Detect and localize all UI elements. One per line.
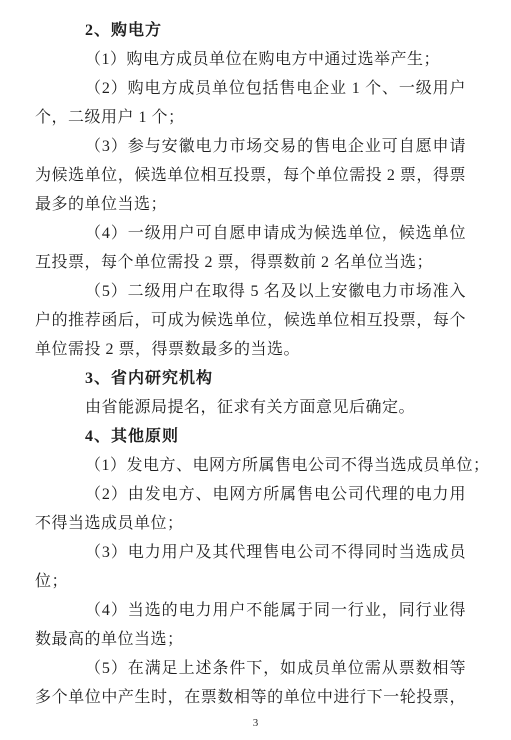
heading-power-buyer: 2、购电方 xyxy=(35,16,466,45)
document-page: 2、购电方 （1）购电方成员单位在购电方中通过选举产生； （2）购电方成员单位包… xyxy=(0,0,511,740)
paragraph-line: 数最高的单位当选； xyxy=(35,625,466,654)
paragraph-line: 最多的单位当选； xyxy=(35,190,466,219)
paragraph-line: （1）购电方成员单位在购电方中通过选举产生； xyxy=(35,45,466,74)
paragraph-line: （1）发电方、电网方所属售电公司不得当选成员单位； xyxy=(35,451,466,480)
heading-provincial-research: 3、省内研究机构 xyxy=(35,364,466,393)
paragraph-line: （3）参与安徽电力市场交易的售电企业可自愿申请成 xyxy=(35,132,466,161)
paragraph-line: 为候选单位，候选单位相互投票，每个单位需投 2 票，得票 xyxy=(35,161,466,190)
paragraph-line: （5）二级用户在取得 5 名及以上安徽电力市场准入用 xyxy=(35,277,466,306)
paragraph-line: 多个单位中产生时，在票数相等的单位中进行下一轮投票， xyxy=(35,683,466,712)
paragraph-line: 由省能源局提名，征求有关方面意见后确定。 xyxy=(35,393,466,422)
paragraph-line: 互投票，每个单位需投 2 票，得票数前 2 名单位当选； xyxy=(35,248,466,277)
paragraph-line: 户的推荐函后，可成为候选单位，候选单位相互投票，每个 xyxy=(35,306,466,335)
paragraph-line: 单位需投 2 票，得票数最多的当选。 xyxy=(35,335,466,364)
paragraph-line: 不得当选成员单位； xyxy=(35,509,466,538)
heading-other-principles: 4、其他原则 xyxy=(35,422,466,451)
paragraph-line: （2）由发电方、电网方所属售电公司代理的电力用户 xyxy=(35,480,466,509)
paragraph-line: 位； xyxy=(35,567,466,596)
paragraph-line: （3）电力用户及其代理售电公司不得同时当选成员单 xyxy=(35,538,466,567)
paragraph-line: （5）在满足上述条件下，如成员单位需从票数相等的 xyxy=(35,654,466,683)
paragraph-line: 个，二级用户 1 个； xyxy=(35,103,466,132)
paragraph-line: （4）当选的电力用户不能属于同一行业，同行业得票 xyxy=(35,596,466,625)
document-body: 2、购电方 （1）购电方成员单位在购电方中通过选举产生； （2）购电方成员单位包… xyxy=(35,16,466,712)
paragraph-line: （2）购电方成员单位包括售电企业 1 个、一级用户 2 xyxy=(35,74,466,103)
page-number: 3 xyxy=(0,716,511,730)
paragraph-line: （4）一级用户可自愿申请成为候选单位，候选单位相 xyxy=(35,219,466,248)
